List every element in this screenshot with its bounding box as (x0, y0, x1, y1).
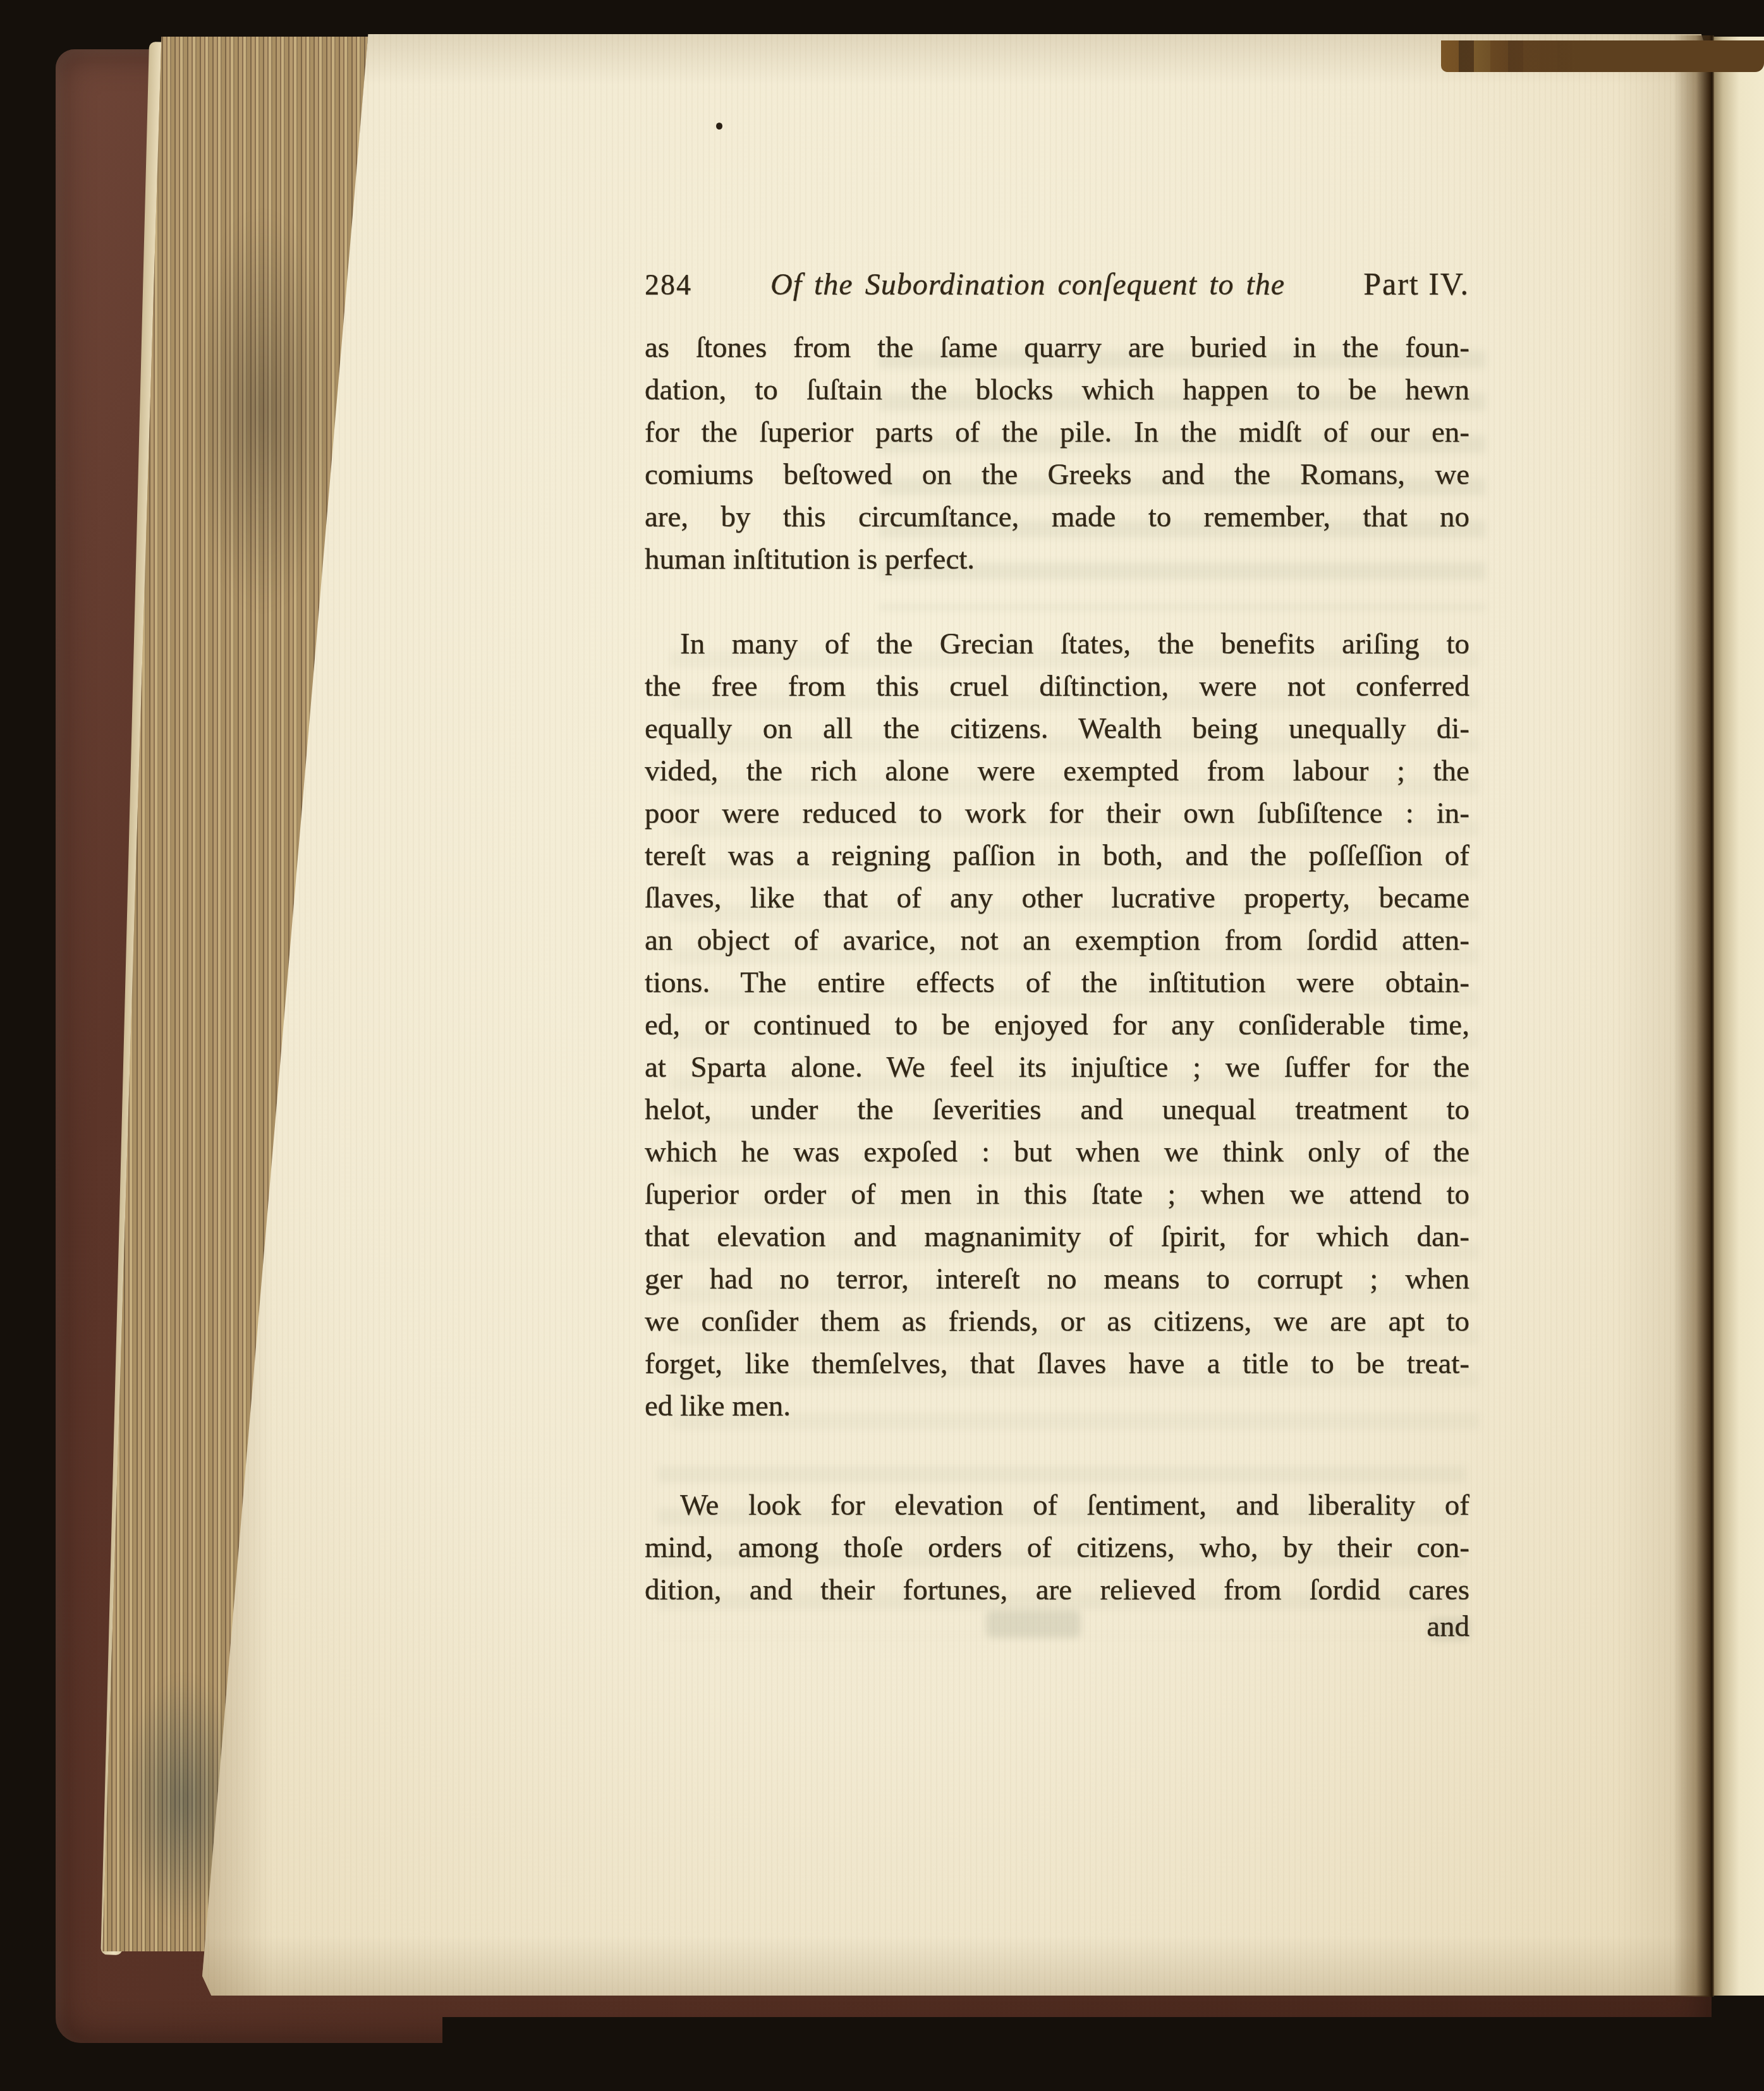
gutter-shadow (1674, 35, 1714, 1997)
catchword: and (645, 1608, 1485, 1646)
page-header: 284 Of the Subordination conſequent to t… (645, 265, 1469, 303)
text-line: In many of the Grecian ſtates, the benef… (645, 623, 1469, 665)
text-line: the free from this cruel diſtinction, we… (645, 665, 1469, 708)
text-line: at Sparta alone. We feel its injuſtice ;… (645, 1046, 1469, 1089)
text-line: ger had no terror, intereſt no means to … (645, 1258, 1469, 1300)
text-line: an object of avarice, not an exemption f… (645, 919, 1469, 962)
text-line: tions. The entire effects of the inſtitu… (645, 962, 1469, 1004)
running-title: Of the Subordination conſequent to the (770, 266, 1285, 304)
text-line: human inſtitution is perfect. (645, 538, 1469, 581)
text-line: tereſt was a reigning paſſion in both, a… (645, 835, 1469, 877)
text-line: ed like men. (645, 1385, 1469, 1427)
text-line: poor were reduced to work for their own … (645, 792, 1469, 835)
paragraph: In many of the Grecian ſtates, the benef… (645, 623, 1469, 1427)
text-line: dition, and their fortunes, are relieved… (645, 1569, 1469, 1611)
text-line: forget, like themſelves, that ſlaves hav… (645, 1343, 1469, 1385)
text-line: for the ſuperior parts of the pile. In t… (645, 411, 1469, 454)
text-line: are, by this circumſtance, made to remem… (645, 496, 1469, 538)
book-photo: 284 Of the Subordination conſequent to t… (0, 0, 1764, 2091)
text-line: dation, to ſuſtain the blocks which happ… (645, 369, 1469, 411)
text-line: that elevation and magnanimity of ſpirit… (645, 1216, 1469, 1258)
binding-top-edge (1441, 40, 1764, 72)
paragraph: We look for elevation of ſentiment, and … (645, 1484, 1469, 1611)
text-line: ſuperior order of men in this ſtate ; wh… (645, 1173, 1469, 1216)
text-line: vided, the rich alone were exempted from… (645, 750, 1469, 792)
paragraph: as ſtones from the ſame quarry are burie… (645, 327, 1469, 581)
facing-page-sliver (1713, 37, 1764, 1996)
background-trim (442, 2017, 1764, 2091)
page-number: 284 (645, 266, 692, 304)
paper-speck (716, 123, 722, 130)
text-line: as ſtones from the ſame quarry are burie… (645, 327, 1469, 369)
part-label: Part IV. (1363, 265, 1469, 303)
text-line: We look for elevation of ſentiment, and … (645, 1484, 1469, 1527)
text-line: ed, or continued to be enjoyed for any c… (645, 1004, 1469, 1046)
text-line: which he was expoſed : but when we think… (645, 1131, 1469, 1173)
text-line: ſlaves, like that of any other lucrative… (645, 877, 1469, 919)
text-line: comiums beſtowed on the Greeks and the R… (645, 454, 1469, 496)
fore-edge-stain (190, 209, 335, 613)
text-line: we conſider them as friends, or as citiz… (645, 1300, 1469, 1343)
text-line: equally on all the citizens. Wealth bein… (645, 708, 1469, 750)
text-line: mind, among thoſe orders of citizens, wh… (645, 1527, 1469, 1569)
text-line: helot, under the ſeverities and unequal … (645, 1089, 1469, 1131)
